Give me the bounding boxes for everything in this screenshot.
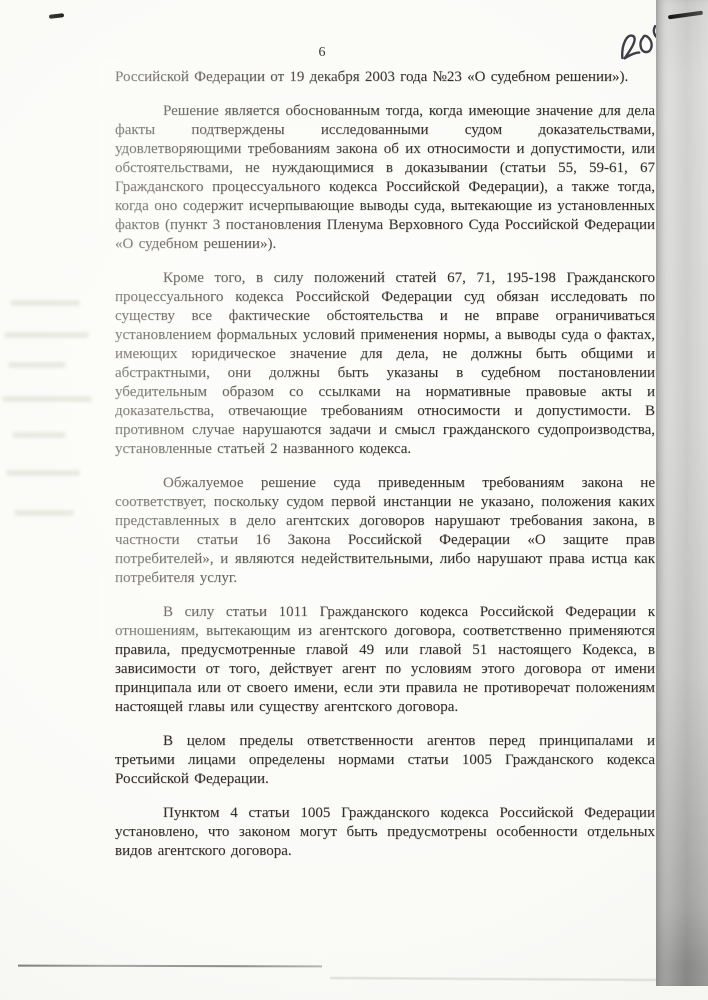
paper-sheet: 6 Российской Федерации от 19 декабря 200… [0, 0, 708, 1000]
document-text-block: Российской Федерации от 19 декабря 2003 … [115, 68, 655, 876]
scanned-document-page: 6 Российской Федерации от 19 декабря 200… [0, 0, 708, 1000]
paragraph-2: Решение является обоснованным тогда, ког… [115, 102, 655, 254]
paragraph-6: В целом пределы ответственности агентов … [115, 732, 655, 789]
paragraph-4: Обжалуемое решение суда приведенным треб… [115, 474, 655, 588]
bleed-through-artifact [10, 300, 80, 306]
paragraph-7: Пунктом 4 статьи 1005 Гражданского кодек… [115, 804, 655, 861]
paragraph-3: Кроме того, в силу положений статей 67, … [115, 269, 655, 459]
bleed-through-artifact [6, 470, 80, 476]
bleed-through-artifact [14, 510, 74, 516]
bleed-through-artifact [2, 396, 92, 402]
bleed-through-artifact [4, 332, 89, 338]
paragraph-5: В силу статьи 1011 Гражданского кодекса … [115, 603, 655, 717]
scanned-sheet-edge-line-faint [330, 977, 660, 981]
scanned-sheet-edge-line [18, 965, 322, 968]
bleed-through-artifact [8, 362, 66, 368]
bleed-through-artifact [12, 432, 66, 438]
page-edge-shadow [656, 0, 708, 986]
page-number: 6 [302, 45, 342, 61]
scan-mark-top-left [49, 13, 64, 19]
paragraph-1: Российской Федерации от 19 декабря 2003 … [115, 68, 655, 87]
